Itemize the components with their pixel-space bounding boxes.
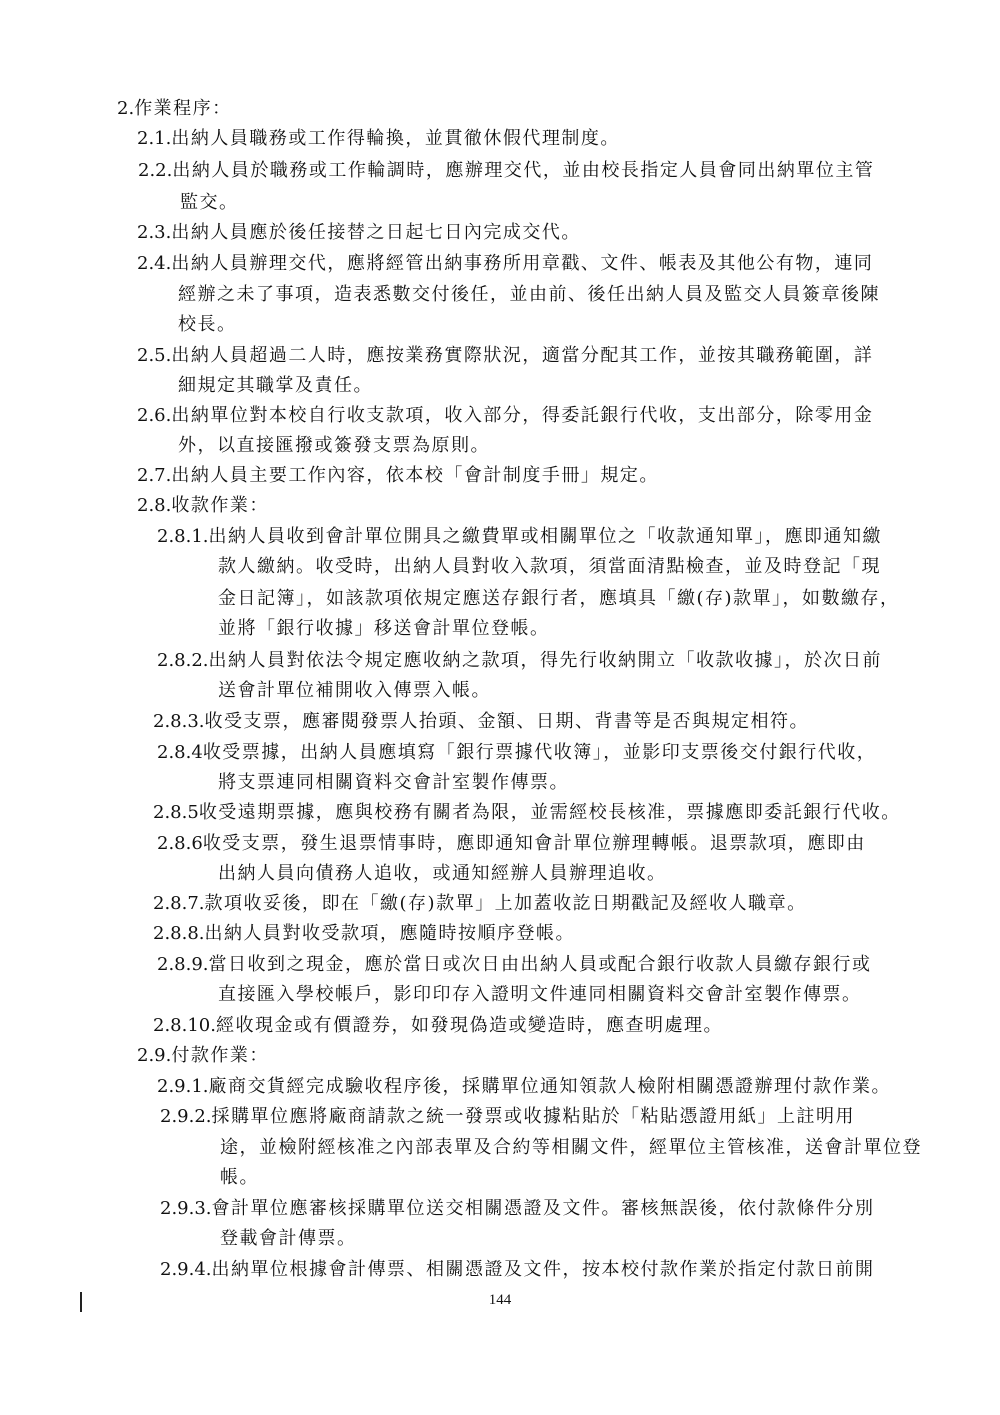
clause-continuation: 途，並檢附經核准之內部表單及合約等相關文件，經單位主管核准，送會計單位登 [220,1137,922,1159]
clause-text: 帳。 [220,1167,259,1188]
clause-text: 出納人員對收受款項，應隨時按順序登帳。 [205,923,576,944]
clause-text: 作業程序： [134,98,232,119]
clause-line: 2.2.出納人員於職務或工作輪調時，應辦理交代，並由校長指定人員會同出納單位主管 [138,160,874,182]
clause-number: 2.4. [137,253,171,275]
clause-text: 出納單位對本校自行收支款項，收入部分，得委託銀行代收，支出部分，除零用金 [171,405,873,426]
clause-line: 2.8.1.出納人員收到會計單位開具之繳費單或相關單位之「收款通知單」，應即通知… [157,526,882,548]
clause-number: 2.8.5 [153,802,199,824]
clause-text: 付款作業： [171,1045,269,1066]
clause-continuation: 帳。 [220,1167,259,1189]
clause-continuation: 監交。 [180,192,239,214]
clause-line: 2.8.9.當日收到之現金，應於當日或次日由出納人員或配合銀行收款人員繳存銀行或 [157,954,872,976]
clause-continuation: 送會計單位補開收入傳票入帳。 [218,680,491,702]
clause-continuation: 登載會計傳票。 [220,1228,357,1250]
clause-number: 2.5. [137,345,171,367]
clause-text: 出納人員向債務人追收，或通知經辦人員辦理追收。 [218,863,667,884]
clause-number: 2.8.8. [153,923,205,945]
clause-line: 2.9.2.採購單位應將廠商請款之統一發票或收據粘貼於「粘貼憑證用紙」上註明用 [160,1106,855,1128]
clause-line: 2.8.5收受遠期票據，應與校務有關者為限，並需經校長核准，票據應即委託銀行代收… [153,802,901,824]
clause-number: 2.8.9. [157,954,209,976]
clause-continuation: 出納人員向債務人追收，或通知經辦人員辦理追收。 [218,863,667,885]
clause-line: 2.9.3.會計單位應審核採購單位送交相關憑證及文件。審核無誤後，依付款條件分別 [160,1198,875,1220]
clause-text: 收受支票，發生退票情事時，應即通知會計單位辦理轉帳。退票款項，應即由 [203,833,866,854]
clause-number: 2.8.7. [153,893,205,915]
clause-text: 校長。 [178,314,237,335]
clause-number: 2.8.2. [157,650,209,672]
clause-text: 金日記簿」，如該款項依規定應送存銀行者，應填具「繳(存)款單」，如數繳存， [218,588,900,609]
clause-line: 2.8.收款作業： [137,495,269,517]
clause-text: 採購單位應將廠商請款之統一發票或收據粘貼於「粘貼憑證用紙」上註明用 [212,1106,856,1127]
clause-number: 2.7. [137,465,171,487]
clause-continuation: 將支票連同相關資料交會計室製作傳票。 [218,772,569,794]
clause-line: 2.3.出納人員應於後任接替之日起七日內完成交代。 [137,222,581,244]
clause-text: 收受遠期票據，應與校務有關者為限，並需經校長核准，票據應即委託銀行代收。 [199,802,901,823]
clause-text: 並將「銀行收據」移送會計單位登帳。 [218,618,550,639]
clause-line: 2.8.7.款項收妥後，即在「繳(存)款單」上加蓋收訖日期戳記及經收人職章。 [153,893,807,915]
clause-text: 出納人員職務或工作得輪換，並貫徹休假代理制度。 [171,128,620,149]
clause-line: 2.4.出納人員辦理交代，應將經管出納事務所用章戳、文件、帳表及其他公有物，連同 [137,253,873,275]
clause-number: 2.8. [137,495,171,517]
clause-text: 細規定其職掌及責任。 [178,375,373,396]
clause-text: 款項收妥後，即在「繳(存)款單」上加蓋收訖日期戳記及經收人職章。 [205,893,807,914]
clause-text: 出納人員主要工作內容，依本校「會計制度手冊」規定。 [171,465,659,486]
clause-continuation: 細規定其職掌及責任。 [178,375,373,397]
clause-number: 2.2. [138,160,172,182]
clause-number: 2. [117,98,134,120]
clause-text: 出納人員辦理交代，應將經管出納事務所用章戳、文件、帳表及其他公有物，連同 [171,253,873,274]
clause-text: 送會計單位補開收入傳票入帳。 [218,680,491,701]
clause-line: 2.8.3.收受支票，應審閱發票人抬頭、金額、日期、背書等是否與規定相符。 [153,711,809,733]
clause-text: 將支票連同相關資料交會計室製作傳票。 [218,772,569,793]
clause-continuation: 金日記簿」，如該款項依規定應送存銀行者，應填具「繳(存)款單」，如數繳存， [218,588,900,610]
clause-text: 廠商交貨經完成驗收程序後，採購單位通知領款人檢附相關憑證辦理付款作業。 [209,1076,892,1097]
clause-line: 2.9.1.廠商交貨經完成驗收程序後，採購單位通知領款人檢附相關憑證辦理付款作業… [157,1076,891,1098]
clause-line: 2.6.出納單位對本校自行收支款項，收入部分，得委託銀行代收，支出部分，除零用金 [137,405,873,427]
clause-number: 2.9.1. [157,1076,209,1098]
clause-text: 經收現金或有價證券，如發現偽造或變造時，應查明處理。 [216,1015,723,1036]
clause-line: 2.9.4.出納單位根據會計傳票、相關憑證及文件，按本校付款作業於指定付款日前開 [160,1259,875,1281]
clause-text: 外，以直接匯撥或簽發支票為原則。 [178,435,490,456]
clause-text: 經辦之未了事項，造表悉數交付後任，並由前、後任出納人員及監交人員簽章後陳 [178,284,880,305]
clause-line: 2.8.10.經收現金或有價證券，如發現偽造或變造時，應查明處理。 [153,1015,723,1037]
clause-line: 2.8.2.出納人員對依法令規定應收納之款項，得先行收納開立「收款收據」，於次日… [157,650,882,672]
clause-text: 途，並檢附經核准之內部表單及合約等相關文件，經單位主管核准，送會計單位登 [220,1137,922,1158]
clause-number: 2.8.1. [157,526,209,548]
clause-text: 出納人員收到會計單位開具之繳費單或相關單位之「收款通知單」，應即通知繳 [209,526,883,547]
clause-line: 2.8.6收受支票，發生退票情事時，應即通知會計單位辦理轉帳。退票款項，應即由 [157,833,866,855]
clause-number: 2.6. [137,405,171,427]
clause-number: 2.9.2. [160,1106,212,1128]
clause-text: 出納人員超過二人時，應按業務實際狀況，適當分配其工作，並按其職務範圍，詳 [171,345,873,366]
clause-continuation: 校長。 [178,314,237,336]
clause-line: 2.8.4收受票據，出納人員應填寫「銀行票據代收簿」，並影印支票後交付銀行代收， [157,742,876,764]
clause-text: 收受支票，應審閱發票人抬頭、金額、日期、背書等是否與規定相符。 [205,711,810,732]
clause-text: 出納人員對依法令規定應收納之款項，得先行收納開立「收款收據」，於次日前 [209,650,883,671]
clause-line: 2.7.出納人員主要工作內容，依本校「會計制度手冊」規定。 [137,465,659,487]
clause-number: 2.8.6 [157,833,203,855]
clause-text: 出納人員於職務或工作輪調時，應辦理交代，並由校長指定人員會同出納單位主管 [172,160,874,181]
clause-number: 2.8.10. [153,1015,216,1037]
clause-number: 2.9.4. [160,1259,212,1281]
clause-text: 出納單位根據會計傳票、相關憑證及文件，按本校付款作業於指定付款日前開 [212,1259,875,1280]
clause-line: 2.5.出納人員超過二人時，應按業務實際狀況，適當分配其工作，並按其職務範圍，詳 [137,345,873,367]
clause-number: 2.1. [137,128,171,150]
document-page: 2.作業程序：2.1.出納人員職務或工作得輪換，並貫徹休假代理制度。2.2.出納… [0,0,1000,1415]
clause-continuation: 直接匯入學校帳戶，影印印存入證明文件連同相關資料交會計室製作傳票。 [218,984,862,1006]
clause-text: 當日收到之現金，應於當日或次日由出納人員或配合銀行收款人員繳存銀行或 [209,954,872,975]
clause-text: 會計單位應審核採購單位送交相關憑證及文件。審核無誤後，依付款條件分別 [212,1198,875,1219]
clause-number: 2.9.3. [160,1198,212,1220]
clause-number: 2.3. [137,222,171,244]
clause-text: 款人繳納。收受時，出納人員對收入款項，須當面清點檢查，並及時登記「現 [218,556,881,577]
clause-text: 直接匯入學校帳戶，影印印存入證明文件連同相關資料交會計室製作傳票。 [218,984,862,1005]
clause-text: 收款作業： [171,495,269,516]
clause-text: 出納人員應於後任接替之日起七日內完成交代。 [171,222,581,243]
clause-line: 2.作業程序： [117,98,232,120]
clause-text: 收受票據，出納人員應填寫「銀行票據代收簿」，並影印支票後交付銀行代收， [203,742,877,763]
clause-continuation: 經辦之未了事項，造表悉數交付後任，並由前、後任出納人員及監交人員簽章後陳 [178,284,880,306]
clause-number: 2.8.3. [153,711,205,733]
clause-text: 監交。 [180,192,239,213]
clause-text: 登載會計傳票。 [220,1228,357,1249]
clause-number: 2.8.4 [157,742,203,764]
clause-number: 2.9. [137,1045,171,1067]
clause-line: 2.8.8.出納人員對收受款項，應隨時按順序登帳。 [153,923,575,945]
clause-continuation: 並將「銀行收據」移送會計單位登帳。 [218,618,550,640]
clause-continuation: 款人繳納。收受時，出納人員對收入款項，須當面清點檢查，並及時登記「現 [218,556,881,578]
clause-line: 2.9.付款作業： [137,1045,269,1067]
clause-continuation: 外，以直接匯撥或簽發支票為原則。 [178,435,490,457]
page-number: 144 [0,1292,1000,1309]
clause-line: 2.1.出納人員職務或工作得輪換，並貫徹休假代理制度。 [137,128,620,150]
